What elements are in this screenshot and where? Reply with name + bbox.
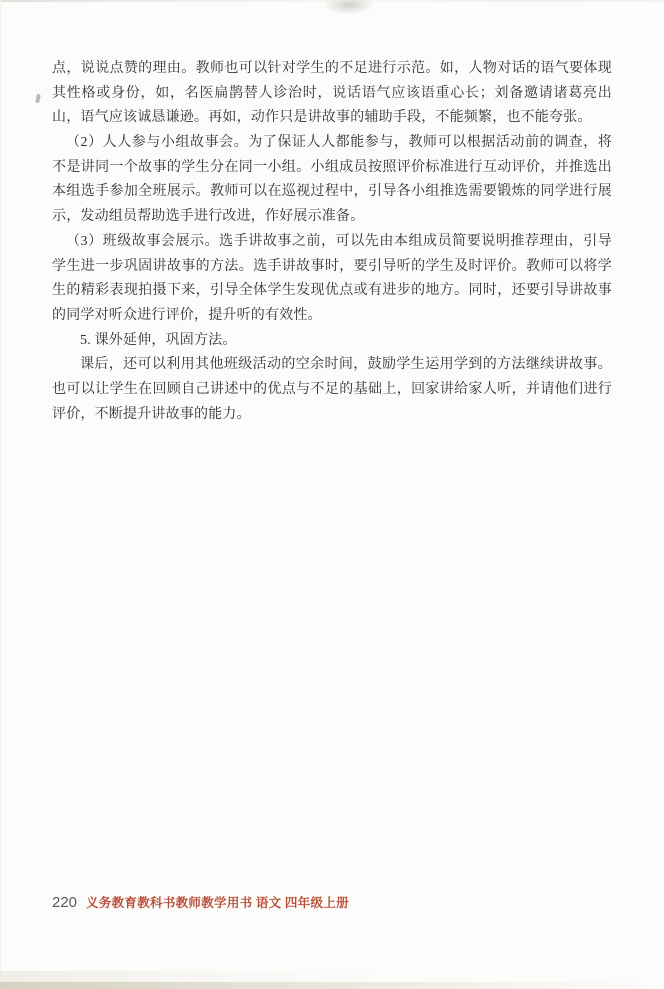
text-line: 评价，不断提升讲故事的能力。 xyxy=(52,403,612,428)
text-line: 点，说说点赞的理由。教师也可以针对学生的不足进行示范。如，人物对话的语气要体现 xyxy=(52,57,612,82)
page-footer: 220 义务教育教科书教师教学用书 语文 四年级上册 xyxy=(52,893,349,911)
text-line: 示，发动组员帮助选手进行改进，作好展示准备。 xyxy=(52,205,612,230)
text-line: 不是讲同一个故事的学生分在同一小组。小组成员按照评价标准进行互动评价，并推选出 xyxy=(52,156,612,181)
text-line: 学生进一步巩固讲故事的方法。选手讲故事时，要引导听的学生及时评价。教师可以将学 xyxy=(52,255,612,280)
text-line: 也可以让学生在回顾自己讲述中的优点与不足的基础上，回家讲给家人听，并请他们进行 xyxy=(52,378,612,403)
book-series-label: 义务教育教科书教师教学用书 语文 四年级上册 xyxy=(86,893,349,911)
page-number: 220 xyxy=(52,894,77,911)
text-line: 山，语气应该诚恳谦逊。再如，动作只是讲故事的辅助手段，不能频繁，也不能夸张。 xyxy=(52,106,612,131)
paragraph: 点，说说点赞的理由。教师也可以针对学生的不足进行示范。如，人物对话的语气要体现其… xyxy=(52,57,612,131)
paragraph: 课后，还可以利用其他班级活动的空余时间，鼓励学生运用学到的方法继续讲故事。也可以… xyxy=(52,353,612,427)
scan-mark xyxy=(35,94,41,104)
text-line: 生的精彩表现拍摄下来，引导全体学生发现优点或有进步的地方。同时，还要引导讲故事 xyxy=(52,279,612,304)
text-line: （3）班级故事会展示。选手讲故事之前，可以先由本组成员简要说明推荐理由，引导 xyxy=(52,230,612,255)
text-line: 课后，还可以利用其他班级活动的空余时间，鼓励学生运用学到的方法继续讲故事。 xyxy=(52,353,612,378)
scan-smudge xyxy=(325,0,373,14)
text-line: （2）人人参与小组故事会。为了保证人人都能参与，教师可以根据活动前的调查，将 xyxy=(52,131,612,156)
scan-edge-bottom xyxy=(0,982,664,989)
scan-edge-left xyxy=(0,0,1,989)
text-line: 5. 课外延伸，巩固方法。 xyxy=(52,329,612,354)
text-line: 本组选手参加全班展示。教师可以在巡视过程中，引导各小组推选需要锻炼的同学进行展 xyxy=(52,180,612,205)
paragraph: （2）人人参与小组故事会。为了保证人人都能参与，教师可以根据活动前的调查，将不是… xyxy=(52,131,612,230)
text-line: 其性格或身份，如，名医扁鹊替人诊治时，说话语气应该语重心长；刘备邀请诸葛亮出 xyxy=(52,82,612,107)
paragraph: （3）班级故事会展示。选手讲故事之前，可以先由本组成员简要说明推荐理由，引导学生… xyxy=(52,230,612,329)
scanned-book-page: 点，说说点赞的理由。教师也可以针对学生的不足进行示范。如，人物对话的语气要体现其… xyxy=(0,0,664,989)
text-line: 的同学对听众进行评价，提升听的有效性。 xyxy=(52,304,612,329)
body-text: 点，说说点赞的理由。教师也可以针对学生的不足进行示范。如，人物对话的语气要体现其… xyxy=(52,57,612,427)
paragraph: 5. 课外延伸，巩固方法。 xyxy=(52,329,612,354)
